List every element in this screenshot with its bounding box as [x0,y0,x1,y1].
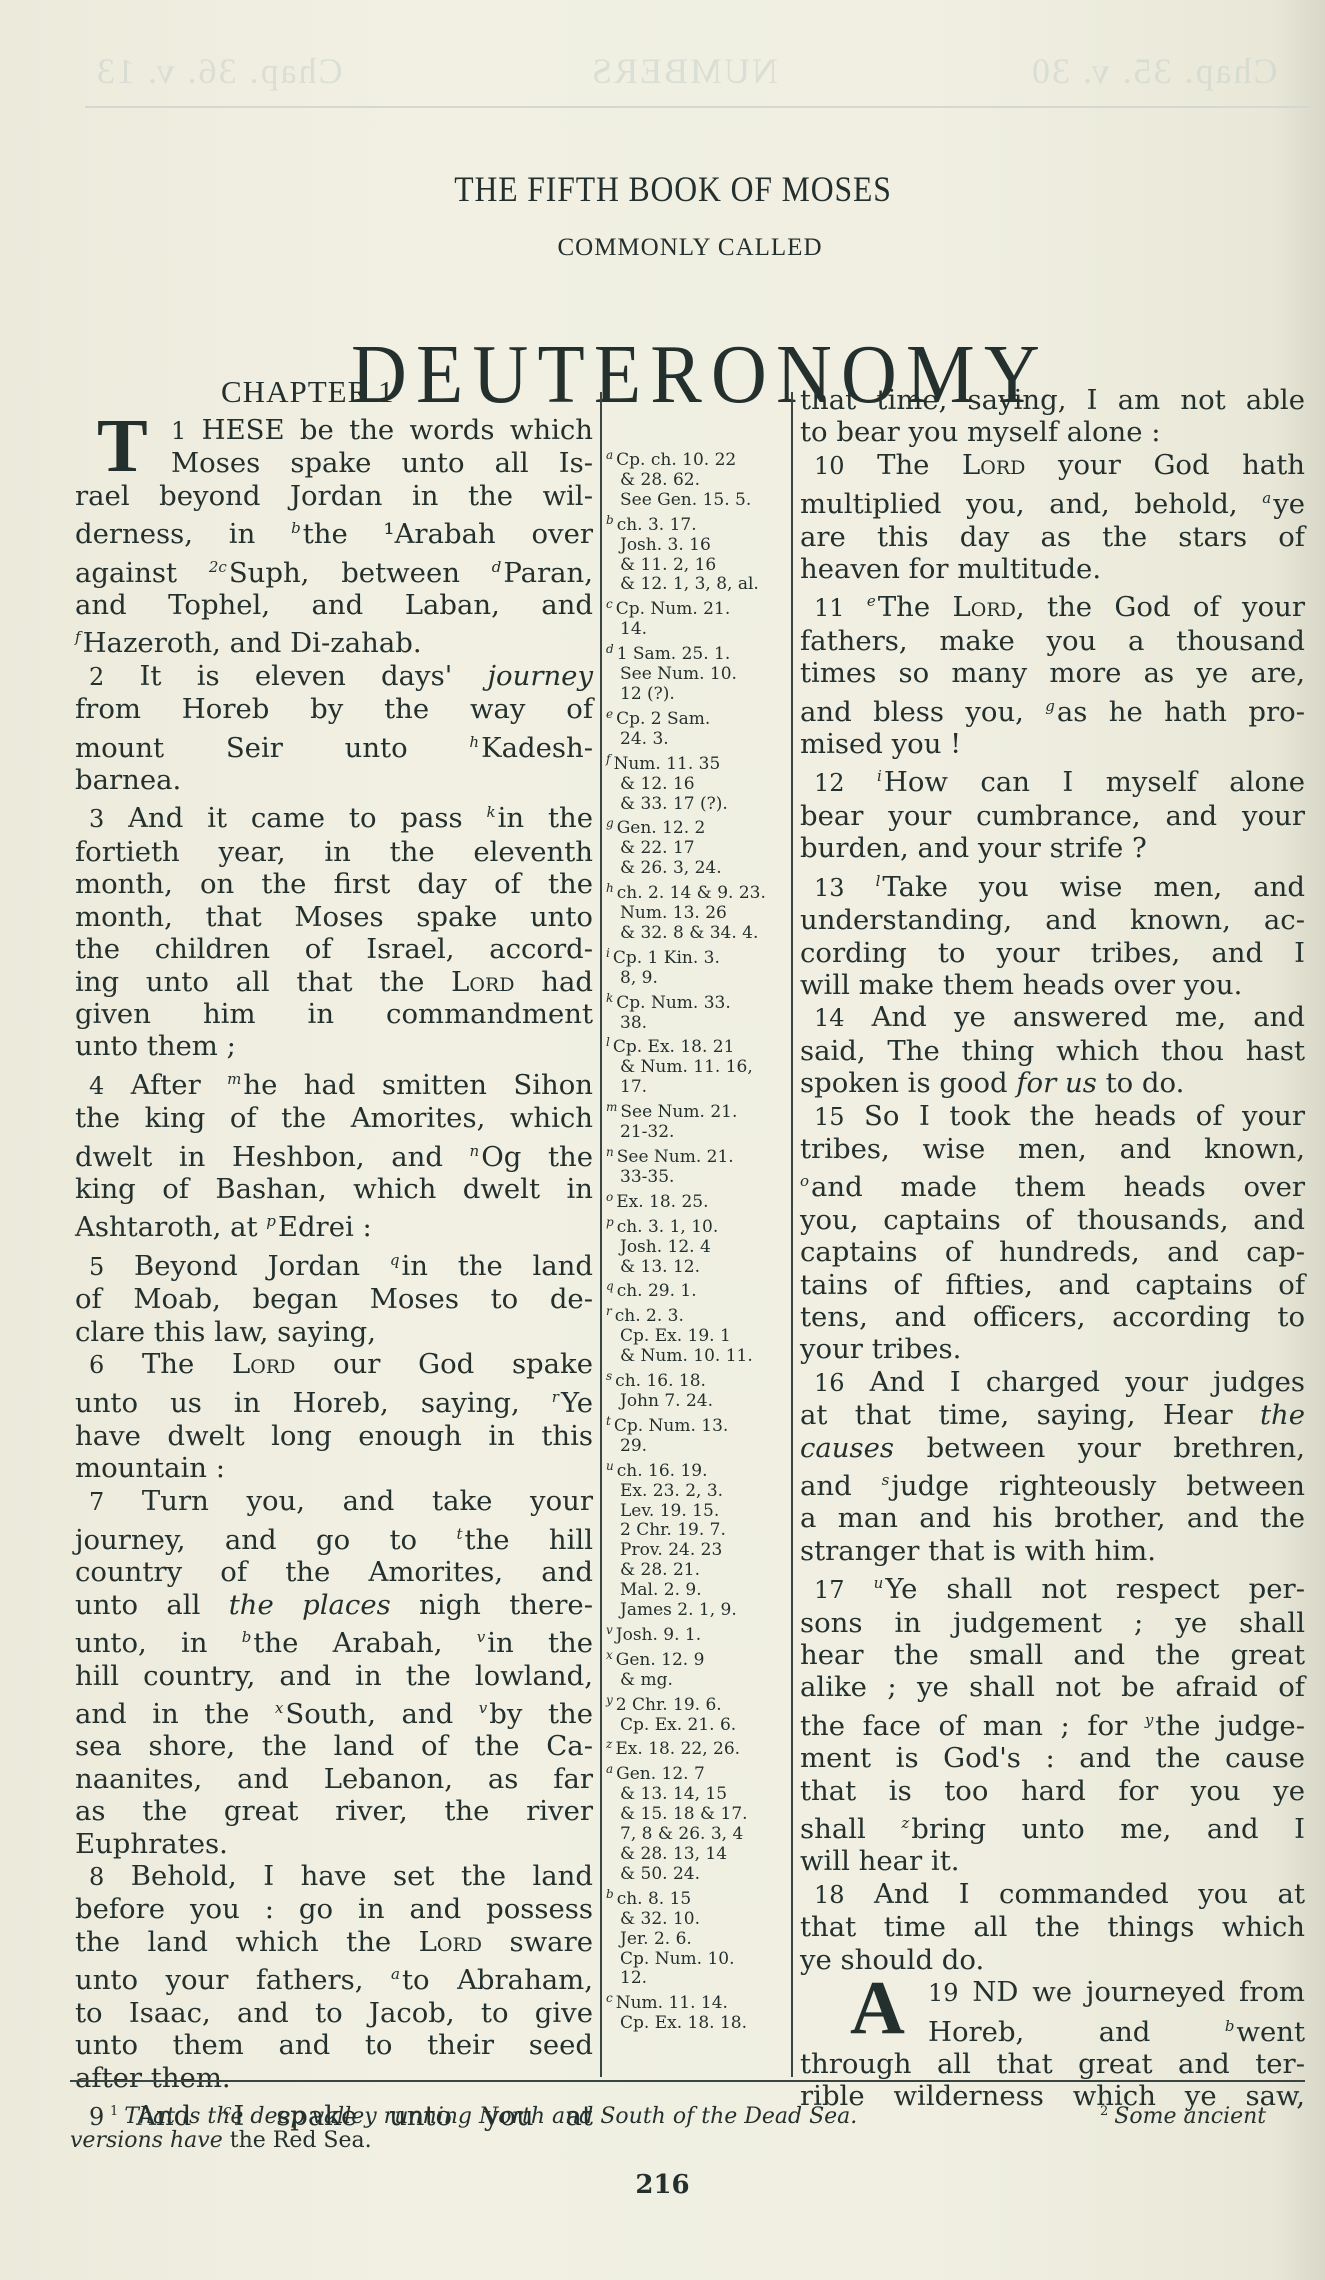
reference-text: 12. [620,1968,647,1988]
right-line: and bless you, gas he hath pro- [800,690,1305,728]
line-text: country of the Amorites, and [75,1556,593,1588]
reference-text: Cp. Ex. 19. 1 [620,1326,731,1346]
line-text: fathers, make you a thousand [800,625,1305,657]
reference-text: 1 Sam. 25. 1. [617,644,731,664]
right-line: are this day as the stars of [800,521,1305,553]
left-line: naanites, and Lebanon, as far [75,1763,593,1795]
reference-key: t [606,1414,611,1428]
right-line: times so many more as ye are, [800,657,1305,689]
line-text: stranger that is with him. [800,1535,1156,1567]
page-number: 216 [0,2170,1325,2200]
reference-text: & 15. 18 & 17. [620,1804,748,1824]
line-text: judge righteously between [891,1470,1305,1502]
reference-marker: s [882,1471,890,1489]
chapter-heading: CHAPTER 1 [75,374,593,410]
line-text: between your brethren, [894,1432,1305,1464]
reference-marker: h [469,733,479,751]
cross-reference-line: Num. 13. 26 [606,904,781,924]
line-text: to Isaac, and to Jacob, to give [75,1997,593,2029]
line-text: Edrei : [278,1211,372,1243]
reference-marker: v [477,1628,485,1646]
cross-reference-entry: fNum. 11. 35& 12. 16& 33. 17 (?). [606,750,781,815]
cross-reference-line: & 28. 21. [606,1561,781,1581]
right-line: 11 eThe Lord, the God of your [800,585,1305,624]
reference-marker: z [901,1814,909,1832]
reference-text: & 28. 21. [620,1560,700,1580]
line-text: mountain : [75,1452,225,1484]
bleed-through-header-right: Chap. 35. v. 30 [1030,50,1278,92]
line-text: after them. [75,2062,231,2094]
verse-number: 10 [814,452,845,480]
reference-text: & 13. 14, 15 [620,1784,727,1804]
line-text: to Abraham, [402,1964,593,1996]
left-line: 5 Beyond Jordan qin the land [75,1244,593,1283]
italic-text: the places [229,1589,391,1621]
reference-key: l [606,1035,610,1049]
reference-text: See Gen. 15. 5. [620,490,751,510]
line-text [845,871,876,903]
cross-reference-line: cCp. Num. 21. [606,595,781,620]
reference-text: & 28. 62. [620,470,700,490]
right-line: a man and his brother, and the [800,1502,1305,1534]
line-text: multiplied you, and, behold, [800,488,1262,520]
reference-marker: t [456,1525,462,1543]
reference-key: c [606,597,613,611]
reference-key: p [606,1215,614,1229]
right-line: tens, and officers, according to [800,1301,1305,1333]
line-text: Og the [481,1141,593,1173]
reference-text: & 26. 3, 24. [620,858,722,878]
footnote-1-text: That is the deep valley running North an… [124,2104,857,2129]
line-text: burden, and your strife ? [800,832,1147,864]
right-line: 15 So I took the heads of your [800,1100,1305,1133]
line-text: HESE be the words which [186,414,593,446]
left-line: rael beyond Jordan in the wil- [75,480,593,512]
reference-key: e [606,707,613,721]
bleed-through-rule [85,106,1310,108]
cross-reference-line: sch. 16. 18. [606,1367,781,1392]
right-line: 19A ND we journeyed from [800,1976,1305,2009]
reference-text: ch. 2. 14 & 9. 23. [617,883,766,903]
reference-marker: v [479,1699,487,1717]
right-line: 13 lTake you wise men, and [800,865,1305,904]
cross-reference-line: Mal. 2. 9. [606,1581,781,1601]
cross-reference-entry: mSee Num. 21.21-32. [606,1098,781,1143]
reference-key: b [606,513,614,527]
line-text: mised you ! [800,728,961,760]
verse-number: 17 [814,1576,845,1604]
drop-cap: A [850,1978,905,2038]
italic-text: for us [1016,1067,1096,1099]
line-text: cording to your tribes, and I [800,937,1305,969]
line-text: rael beyond Jordan in the wil- [75,480,593,512]
line-text: sea shore, the land of the Ca- [75,1730,593,1762]
line-text: And it came to pass [104,802,486,834]
reference-text: & 12. 1, 3, 8, al. [620,574,759,594]
cross-reference-line: cNum. 11. 14. [606,1989,781,2014]
verse-number: 5 [89,1253,104,1281]
cross-reference-line: uch. 16. 19. [606,1457,781,1482]
reference-text: ch. 3. 1, 10. [617,1217,719,1237]
right-line: that is too hard for you ye [800,1775,1305,1807]
reference-marker: y [1145,1711,1153,1729]
right-line: at that time, saying, Hear the [800,1399,1305,1431]
line-text: derness, in [75,518,291,550]
line-text: tribes, wise men, and known, [800,1133,1305,1165]
cross-reference-entry: sch. 16. 18.John 7. 24. [606,1367,781,1412]
left-line: unto your fathers, ato Abraham, [75,1958,593,1996]
reference-text: & 13. 12. [620,1257,700,1277]
footnote-2: 2Some ancient [1100,2100,1266,2129]
reference-text: Mal. 2. 9. [620,1580,702,1600]
reference-text: 29. [620,1436,647,1456]
left-line: barnea. [75,764,593,796]
line-text: clare this law, saying, [75,1316,376,1348]
reference-key: g [606,816,614,830]
left-line: and Tophel, and Laban, and [75,589,593,621]
verse-number: 8 [89,1863,104,1891]
reference-text: 2 Chr. 19. 7. [620,1520,726,1540]
line-text [845,591,867,623]
line-text: How can I myself alone [884,766,1305,798]
line-text: journey, and go to [75,1524,456,1556]
reference-key: y [606,1693,613,1707]
line-text: your tribes. [800,1333,961,1365]
reference-text: Cp. Num. 21. [616,599,730,619]
cross-reference-line: Cp. Ex. 19. 1 [606,1327,781,1347]
line-text: went [1236,2016,1305,2048]
line-text: ing unto all that the [75,966,451,998]
line-text: unto your fathers, [75,1964,391,1996]
line-text: The [845,449,962,481]
cross-reference-line: 2 Chr. 19. 7. [606,1521,781,1541]
right-line: causes between your brethren, [800,1432,1305,1464]
right-line: said, The thing which thou hast [800,1035,1305,1067]
line-text: the face of man ; for [800,1710,1145,1742]
cross-reference-line: James 2. 1, 9. [606,1601,781,1621]
verse-number: 2 [89,663,104,691]
reference-key: r [606,1304,612,1318]
line-text: Paran, [503,557,593,589]
line-text: unto us in Horeb, saying, [75,1387,552,1419]
line-text: month, on the first day of the [75,868,593,900]
right-line: hear the small and the great [800,1639,1305,1671]
cross-reference-line: & 22. 17 [606,839,781,859]
cross-reference-line: hch. 2. 14 & 9. 23. [606,879,781,904]
reference-text: 2 Chr. 19. 6. [616,1695,722,1715]
verse-number: 6 [89,1351,104,1379]
left-line: and in the xSouth, and vby the [75,1692,593,1730]
left-line: dwelt in Heshbon, and nOg the [75,1135,593,1173]
right-line: that time, saying, I am not able [800,384,1305,416]
line-text: hill country, and in the lowland, [75,1660,593,1692]
left-line: 8 Behold, I have set the land [75,1860,593,1893]
line-text: at that time, saying, Hear [800,1399,1260,1431]
reference-text: ch. 2. 3. [615,1306,684,1326]
reference-marker: o [800,1172,809,1190]
line-text: fortieth year, in the eleventh [75,836,593,868]
reference-key: u [606,1459,614,1473]
line-text: the children of Israel, accord- [75,933,593,965]
cross-reference-line: bch. 8. 15 [606,1885,781,1910]
reference-text: 33-35. [620,1167,674,1187]
cross-reference-line: aGen. 12. 7 [606,1760,781,1785]
line-text: Beyond Jordan [104,1250,390,1282]
right-line: tribes, wise men, and known, [800,1133,1305,1165]
line-text: Behold, I have set the land [104,1860,593,1892]
line-text: the king of the Amorites, which [75,1102,593,1134]
right-line: 14 And ye answered me, and [800,1001,1305,1034]
reference-text: Num. 11. 14. [616,1993,728,2013]
reference-key: d [606,642,614,656]
line-text: in the [487,1627,593,1659]
cross-reference-line: tCp. Num. 13. [606,1412,781,1437]
cross-reference-line: bch. 3. 17. [606,511,781,536]
line-text: of Moab, began Moses to de- [75,1283,593,1315]
reference-text: ch. 3. 17. [617,515,697,535]
book-subtitle: THE FIFTH BOOK OF MOSES [413,168,932,210]
line-text: , the God of your [1016,591,1305,623]
reference-marker: a [1262,489,1271,507]
cross-reference-line: & 50. 24. [606,1865,781,1885]
cross-reference-line: pch. 3. 1, 10. [606,1213,781,1238]
reference-text: Prov. 24. 23 [620,1540,722,1560]
reference-marker: f [75,628,81,646]
line-text: Suph, between [229,557,492,589]
italic-text: journey [488,660,593,692]
line-text [845,1573,874,1605]
verse-number: 3 [89,805,104,833]
line-text: said, The thing which thou hast [800,1035,1305,1067]
cross-reference-line: 8, 9. [606,969,781,989]
cross-reference-entry: iCp. 1 Kin. 3.8, 9. [606,944,781,989]
reference-text: Cp. Num. 13. [614,1416,728,1436]
reference-text: & 11. 2, 16 [620,555,716,575]
line-text: alike ; ye shall not be afraid of [800,1671,1305,1703]
bleed-through-header-center: NUMBERS [590,50,778,92]
right-line: you, captains of thousands, and [800,1204,1305,1236]
cross-reference-line: 14. [606,620,781,640]
reference-marker: q [390,1251,400,1269]
right-line: will hear it. [800,1845,1305,1877]
reference-text: Ex. 18. 22, 26. [615,1739,740,1759]
right-line: that time all the things which [800,1911,1305,1943]
line-text: Ye [561,1387,593,1419]
cross-reference-entry: d1 Sam. 25. 1.See Num. 10.12 (?). [606,640,781,705]
cross-reference-line: Ex. 23. 2, 3. [606,1482,781,1502]
reference-marker: 2c [209,558,227,576]
right-line: 10 The Lord your God hath [800,449,1305,482]
cross-reference-entry: kCp. Num. 33.38. [606,989,781,1034]
left-line: unto all the places nigh there- [75,1589,593,1621]
cross-reference-line: 21-32. [606,1123,781,1143]
line-text: our God spake [295,1348,593,1380]
reference-text: 7, 8 & 26. 3, 4 [620,1824,743,1844]
cross-reference-line: Josh. 12. 4 [606,1238,781,1258]
reference-text: 24. 3. [620,729,669,749]
line-text: the land which the [75,1926,419,1958]
right-line: will make them heads over you. [800,969,1305,1001]
line-text: your God hath [1025,449,1305,481]
line-text: and [800,1470,882,1502]
right-line: spoken is good for us to do. [800,1067,1305,1099]
right-line: 17 uYe shall not respect per- [800,1567,1305,1606]
reference-text: Jer. 2. 6. [620,1929,692,1949]
line-text: Ye shall not respect per- [885,1573,1305,1605]
right-line: understanding, and known, ac- [800,904,1305,936]
cross-reference-entry: xGen. 12. 9& mg. [606,1646,781,1691]
reference-text: Gen. 12. 7 [616,1764,705,1784]
column-divider-right [791,392,793,2077]
reference-key: n [606,1145,614,1159]
left-line: 4 After mhe had smitten Sihon [75,1063,593,1102]
cross-reference-entry: bch. 8. 15& 32. 10.Jer. 2. 6.Cp. Num. 10… [606,1885,781,1990]
cross-reference-entry: aGen. 12. 7& 13. 14, 15& 15. 18 & 17.7, … [606,1760,781,1884]
cross-reference-entry: y2 Chr. 19. 6.Cp. Ex. 21. 6. [606,1691,781,1736]
reference-text: & 32. 10. [620,1909,700,1929]
line-text: a man and his brother, and the [800,1502,1305,1534]
left-line: from Horeb by the way of [75,693,593,725]
cross-reference-line: John 7. 24. [606,1392,781,1412]
left-line: Moses spake unto all Is- [75,447,593,479]
line-text: against [75,557,209,589]
line-text: king of Bashan, which dwelt in [75,1173,593,1205]
cross-reference-line: vJosh. 9. 1. [606,1621,781,1646]
right-line: cording to your tribes, and I [800,937,1305,969]
right-line: ment is God's : and the cause [800,1742,1305,1774]
line-text: naanites, and Lebanon, as far [75,1763,593,1795]
small-caps-lord: Lord [232,1348,295,1380]
reference-marker: m [227,1070,241,1088]
reference-marker: d [492,558,502,576]
reference-marker: n [470,1142,480,1160]
cross-reference-line: kCp. Num. 33. [606,989,781,1014]
right-line: mised you ! [800,728,1305,760]
right-line: burden, and your strife ? [800,832,1305,864]
right-line: and sjudge righteously between [800,1464,1305,1502]
reference-text: ch. 16. 18. [615,1371,706,1391]
line-text: and made them heads over [811,1171,1305,1203]
cross-reference-line: & 26. 3, 24. [606,859,781,879]
cross-reference-line: See Gen. 15. 5. [606,491,781,511]
reference-text: Ex. 23. 2, 3. [620,1481,723,1501]
reference-key: a [606,448,613,462]
reference-text: & 28. 13, 14 [620,1844,727,1864]
line-text: that time, saying, I am not able [800,384,1305,416]
line-text: times so many more as ye are, [800,657,1305,689]
cross-reference-line: & 28. 13, 14 [606,1845,781,1865]
cross-reference-line: & 32. 8 & 34. 4. [606,924,781,944]
reference-marker: i [877,767,882,785]
left-line: given him in commandment [75,998,593,1030]
cross-reference-line: Lev. 19. 15. [606,1502,781,1522]
reference-text: & Num. 10. 11. [620,1346,753,1366]
reference-marker: g [1045,697,1055,715]
line-text: So I took the heads of your [845,1100,1305,1132]
line-text: Moses spake unto all Is- [171,447,593,479]
reference-text: 38. [620,1013,647,1033]
cross-reference-line: 29. [606,1437,781,1457]
right-line: 12 iHow can I myself alone [800,760,1305,799]
line-text: the Arabah, [253,1627,476,1659]
left-line: 6 The Lord our God spake [75,1348,593,1381]
cross-reference-entry: lCp. Ex. 18. 21& Num. 11. 16,17. [606,1033,781,1098]
line-text: he had smitten Sihon [243,1069,593,1101]
reference-text: Cp. Ex. 18. 18. [620,2013,747,2033]
cross-reference-line: nSee Num. 21. [606,1143,781,1168]
reference-text: & 32. 8 & 34. 4. [620,923,758,943]
footnote-2-text-start: Some ancient [1114,2104,1266,2129]
reference-text: See Num. 10. [620,664,737,684]
right-line: sons in judgement ; ye shall [800,1607,1305,1639]
reference-marker: p [266,1212,276,1230]
right-line: 16 And I charged your judges [800,1366,1305,1399]
left-line: mountain : [75,1452,593,1484]
cross-reference-entry: rch. 2. 3.Cp. Ex. 19. 1& Num. 10. 11. [606,1302,781,1367]
left-line: Ashtaroth, at pEdrei : [75,1205,593,1243]
left-column-lines: 1T HESE be the words whichMoses spake un… [75,414,593,2133]
reference-key: m [606,1100,617,1114]
reference-text: & 22. 17 [620,838,695,858]
line-text: month, that Moses spake unto [75,901,593,933]
cross-reference-line: Cp. Ex. 18. 18. [606,2014,781,2034]
reference-text: Cp. 2 Sam. [616,709,710,729]
left-line: sea shore, the land of the Ca- [75,1730,593,1762]
line-text: After [104,1069,227,1101]
cross-reference-line: gGen. 12. 2 [606,814,781,839]
right-line: through all that great and ter- [800,2048,1305,2080]
cross-reference-line: & 28. 62. [606,471,781,491]
right-line: your tribes. [800,1333,1305,1365]
left-line: unto us in Horeb, saying, rYe [75,1381,593,1419]
footnote-rule [70,2080,1305,2082]
cross-reference-line: See Num. 10. [606,665,781,685]
line-text: spoken is good [800,1067,1016,1099]
line-text: bring unto me, and I [911,1813,1305,1845]
cross-reference-line: Cp. Num. 10. [606,1950,781,1970]
reference-text: Cp. Num. 33. [616,993,730,1013]
line-text: will hear it. [800,1845,960,1877]
reference-key: b [606,1887,614,1901]
left-line: journey, and go to tthe hill [75,1518,593,1556]
small-caps-lord: Lord [451,966,514,998]
cross-reference-line: lCp. Ex. 18. 21 [606,1033,781,1058]
right-text-column: that time, saying, I am not ableto bear … [800,384,1305,2113]
line-text: you, captains of thousands, and [800,1204,1305,1236]
reference-key: x [606,1648,613,1662]
line-text: as he hath pro- [1057,696,1305,728]
left-line: 7 Turn you, and take your [75,1485,593,1518]
cross-reference-line: Prov. 24. 23 [606,1541,781,1561]
cross-reference-entry: gGen. 12. 2& 22. 17& 26. 3, 24. [606,814,781,879]
line-text: to do. [1097,1067,1185,1099]
left-line: clare this law, saying, [75,1316,593,1348]
line-text: It is eleven days' [104,660,487,692]
cross-reference-line: Cp. Ex. 21. 6. [606,1716,781,1736]
reference-key: o [606,1190,613,1204]
left-line: unto them and to their seed [75,2029,593,2061]
drop-cap: T [97,416,148,476]
line-text: Euphrates. [75,1828,228,1860]
left-line: the king of the Amorites, which [75,1102,593,1134]
left-line: 2 It is eleven days' journey [75,660,593,693]
reference-marker: b [1225,2017,1235,2035]
reference-key: h [606,881,614,895]
reference-text: 12 (?). [620,684,675,704]
reference-text: Josh. 3. 16 [620,535,711,555]
cross-reference-entry: uch. 16. 19.Ex. 23. 2, 3.Lev. 19. 15.2 C… [606,1457,781,1621]
cross-reference-line: & 12. 1, 3, 8, al. [606,575,781,595]
